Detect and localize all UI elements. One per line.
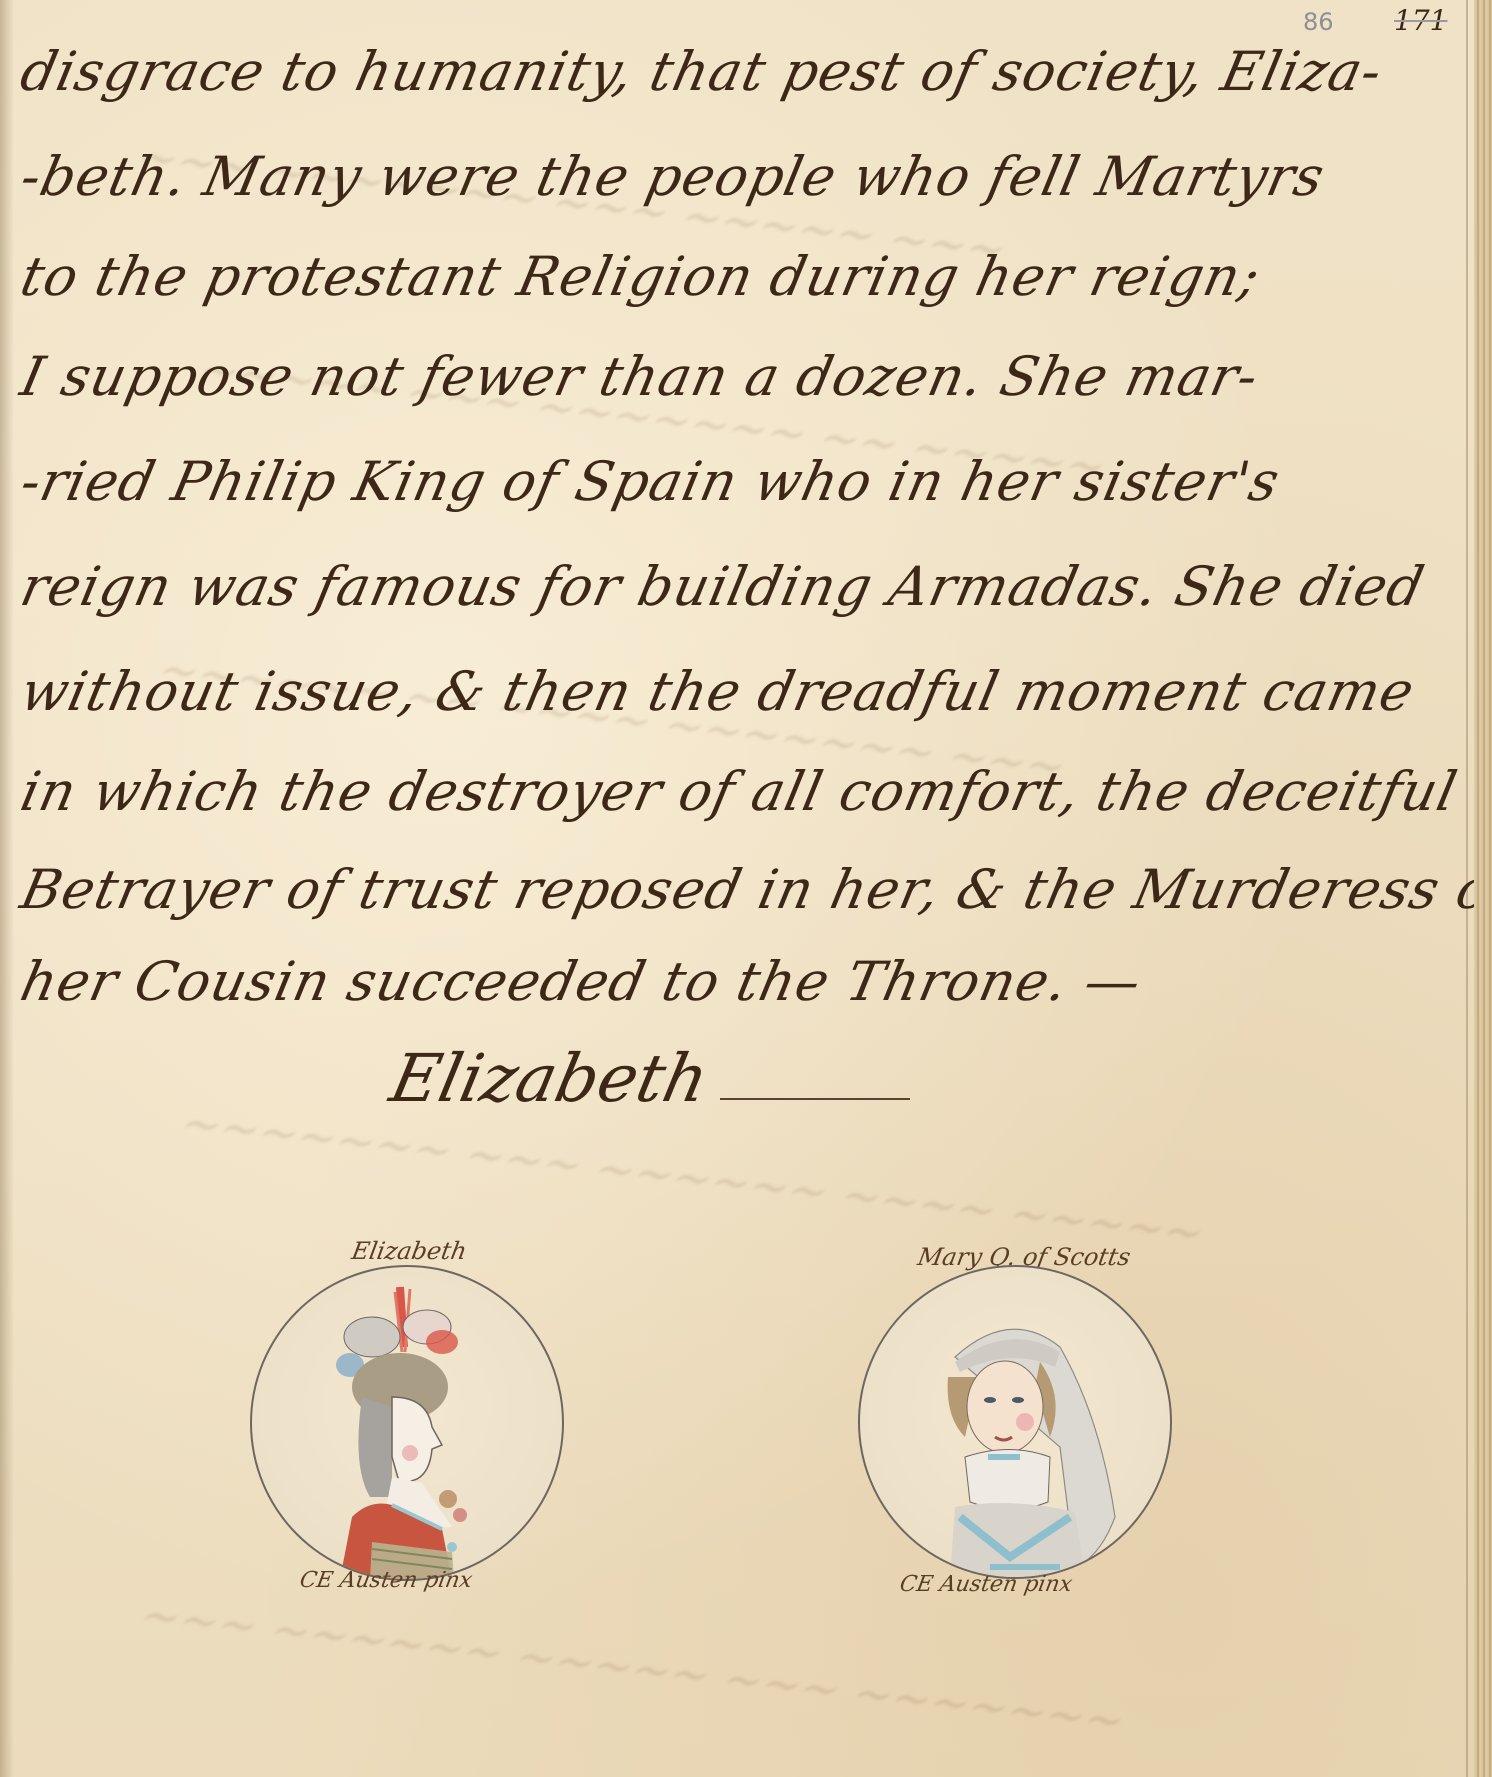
text-line: I suppose not fewer than a dozen. She ma…	[15, 345, 1264, 408]
text-line: without issue, & then the dreadful momen…	[15, 660, 1420, 723]
bleed-through-text: ~~~ ~~~~~~ ~~~~~ ~~~ ~~~~~~~	[129, 1587, 1137, 1750]
heading-flourish-line	[720, 1098, 910, 1100]
elizabeth-portrait-illustration	[252, 1267, 562, 1579]
portrait-caption-elizabeth: Elizabeth	[350, 1237, 469, 1265]
archive-folio-number: 86	[1303, 8, 1334, 36]
section-heading: Elizabeth	[384, 1040, 715, 1117]
mary-portrait-illustration	[860, 1267, 1170, 1577]
page-number: 171	[1394, 4, 1447, 37]
portrait-medallion-mary	[858, 1265, 1172, 1579]
bleed-through-text: ~~~~~~~ ~~~ ~~~~~~ ~~~~ ~~~~~	[170, 1094, 1216, 1261]
text-line: in which the destroyer of all comfort, t…	[15, 760, 1463, 823]
artist-signature-mary: CE Austen pinx	[898, 1572, 1074, 1597]
text-line: -beth. Many were the people who fell Mar…	[15, 145, 1330, 208]
text-line: reign was famous for building Armadas. S…	[15, 555, 1430, 618]
text-line: disgrace to humanity, that pest of socie…	[15, 40, 1388, 103]
book-page-edges	[1474, 0, 1492, 1777]
text-line: -ried Philip King of Spain who in her si…	[15, 450, 1285, 513]
text-line: her Cousin succeeded to the Throne. —	[15, 950, 1147, 1013]
text-line: Betrayer of trust reposed in her, & the …	[15, 858, 1492, 921]
manuscript-page: ~~~ ~~~~~~~ ~~~ ~~~~~ ~~~ ~~~~~ ~~~ ~~~~…	[0, 0, 1474, 1777]
text-line: to the protestant Religion during her re…	[15, 245, 1266, 308]
portrait-medallion-elizabeth	[250, 1265, 564, 1581]
artist-signature-elizabeth: CE Austen pinx	[298, 1568, 474, 1593]
gutter-shadow	[0, 0, 14, 1777]
